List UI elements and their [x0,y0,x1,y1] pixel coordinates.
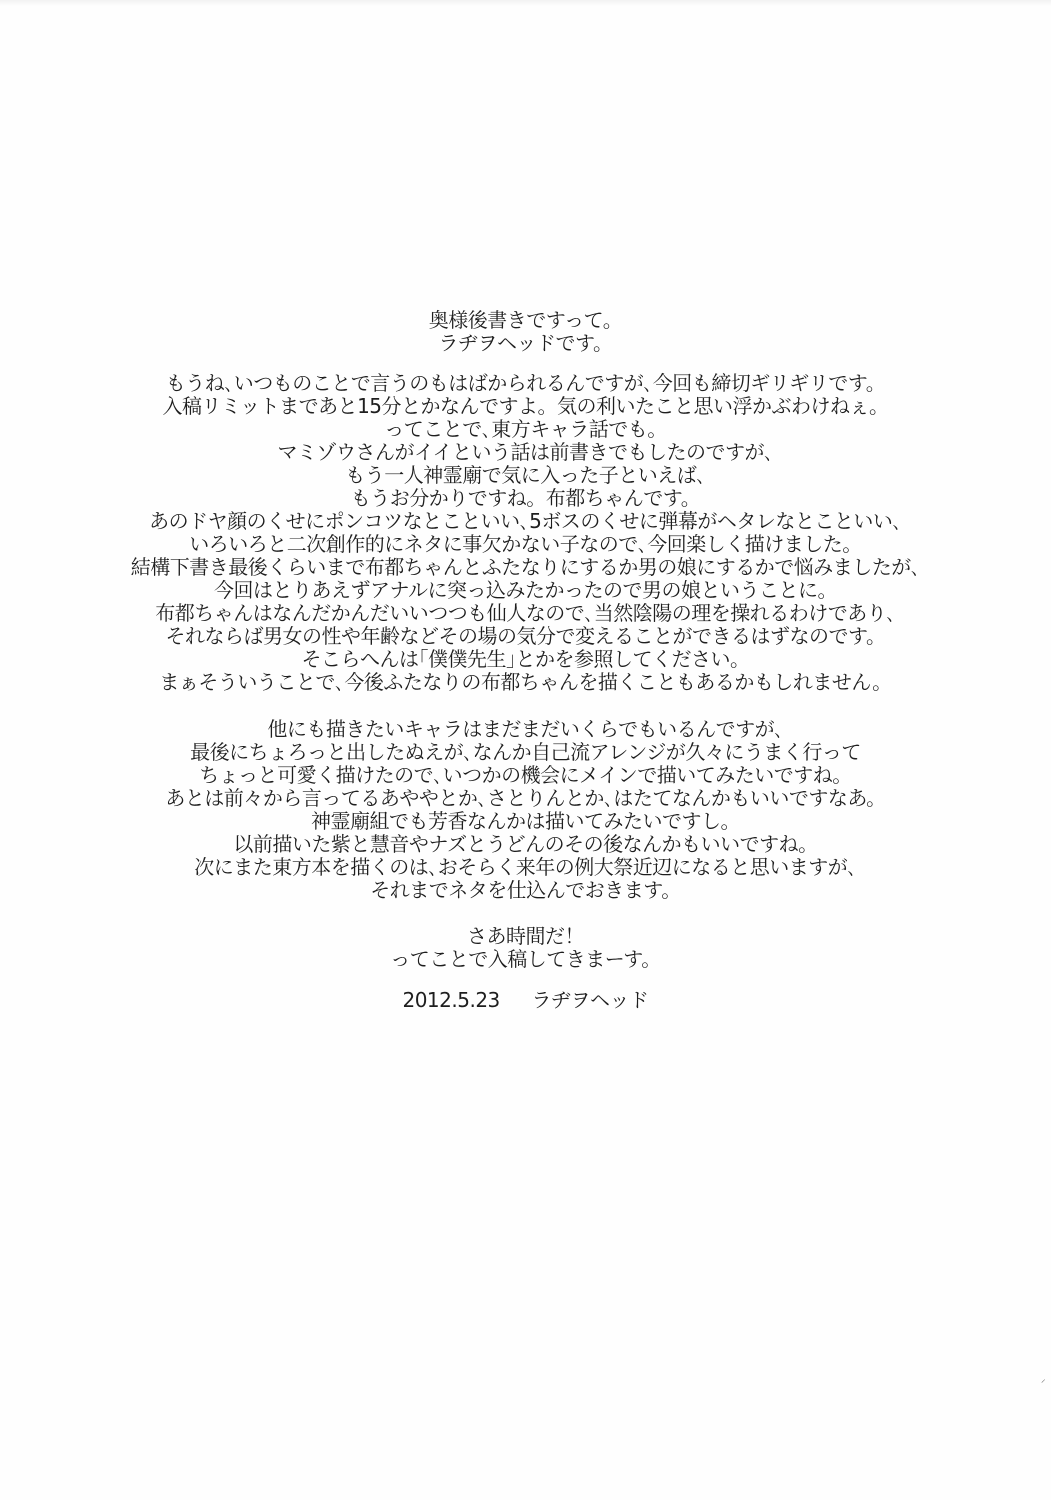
text-line: 他にも描きたいキャラはまだまだいくらでもいるんですが､ [0,718,1051,741]
text-line: もう一人神霊廟で気に入った子といえば､ [0,464,1051,487]
signature-line: 2012.5.23 ラヂヲヘッド [0,989,1051,1012]
text-line: もうお分かりですね。布都ちゃんです。 [0,487,1051,510]
text-line: あとは前々から言ってるあややとか､さとりんとか､はたてなんかもいいですなあ。 [0,787,1051,810]
greeting-line: ラヂヲヘッドです。 [0,332,1051,355]
greeting-line: 奥様後書きですって。 [0,309,1051,332]
document-page: 奥様後書きですって。 ラヂヲヘッドです。 もうね､いつものことで言うのもはばから… [0,0,1051,1500]
text-line: 最後にちょろっと出したぬえが､なんか自己流アレンジが久々にうまく行って [0,741,1051,764]
text-line: 次にまた東方本を描くのは､おそらく来年の例大祭近辺になると思いますが､ [0,856,1051,879]
text-line: もうね､いつものことで言うのもはばかられるんですが､今回も締切ギリギリです。 [0,372,1051,395]
text-line: 結構下書き最後くらいまで布都ちゃんとふたなりにするか男の娘にするかで悩みましたが… [0,556,1051,579]
signature-date: 2012.5.23 [402,988,499,1012]
closing: さあ時間だ！ ってことで入稿してきまーす。 [0,925,1051,971]
text-line: そこらへんは｢僕僕先生｣とかを参照してください。 [0,648,1051,671]
text-line: ってことで､東方キャラ話でも。 [0,418,1051,441]
text-line: それならば男女の性や年齢などその場の気分で変えることができるはずなのです。 [0,625,1051,648]
text-line: 布都ちゃんはなんだかんだいいつつも仙人なので､当然陰陽の理を操れるわけであり､ [0,602,1051,625]
text-line: それまでネタを仕込んでおきます。 [0,879,1051,902]
text-line: 今回はとりあえずアナルに突っ込みたかったので男の娘ということに。 [0,579,1051,602]
closing-line: ってことで入稿してきまーす。 [0,948,1051,971]
text-line: マミゾウさんがイイという話は前書きでもしたのですが､ [0,441,1051,464]
signature-author: ラヂヲヘッド [532,988,649,1012]
scan-mark: ⸝ [1041,1375,1047,1385]
paragraph-1: もうね､いつものことで言うのもはばかられるんですが､今回も締切ギリギリです。 入… [0,372,1051,694]
text-line: まぁそういうことで､今後ふたなりの布都ちゃんを描くこともあるかもしれません。 [0,671,1051,694]
scan-edge [0,0,1051,6]
closing-line: さあ時間だ！ [0,925,1051,948]
text-line: あのドヤ顔のくせにポンコツなとこといい､5ボスのくせに弾幕がヘタレなとこといい､ [0,510,1051,533]
text-line: ちょっと可愛く描けたので､いつかの機会にメインで描いてみたいですね。 [0,764,1051,787]
paragraph-2: 他にも描きたいキャラはまだまだいくらでもいるんですが､ 最後にちょろっと出したぬ… [0,718,1051,902]
greeting: 奥様後書きですって。 ラヂヲヘッドです。 [0,309,1051,355]
text-line: いろいろと二次創作的にネタに事欠かない子なので､今回楽しく描けました。 [0,533,1051,556]
text-line: 神霊廟組でも芳香なんかは描いてみたいですし。 [0,810,1051,833]
text-line: 以前描いた紫と慧音やナズとうどんのその後なんかもいいですね。 [0,833,1051,856]
text-line: 入稿リミットまであと15分とかなんですよ。気の利いたこと思い浮かぶわけねぇ。 [0,395,1051,418]
signature: 2012.5.23 ラヂヲヘッド [0,989,1051,1012]
